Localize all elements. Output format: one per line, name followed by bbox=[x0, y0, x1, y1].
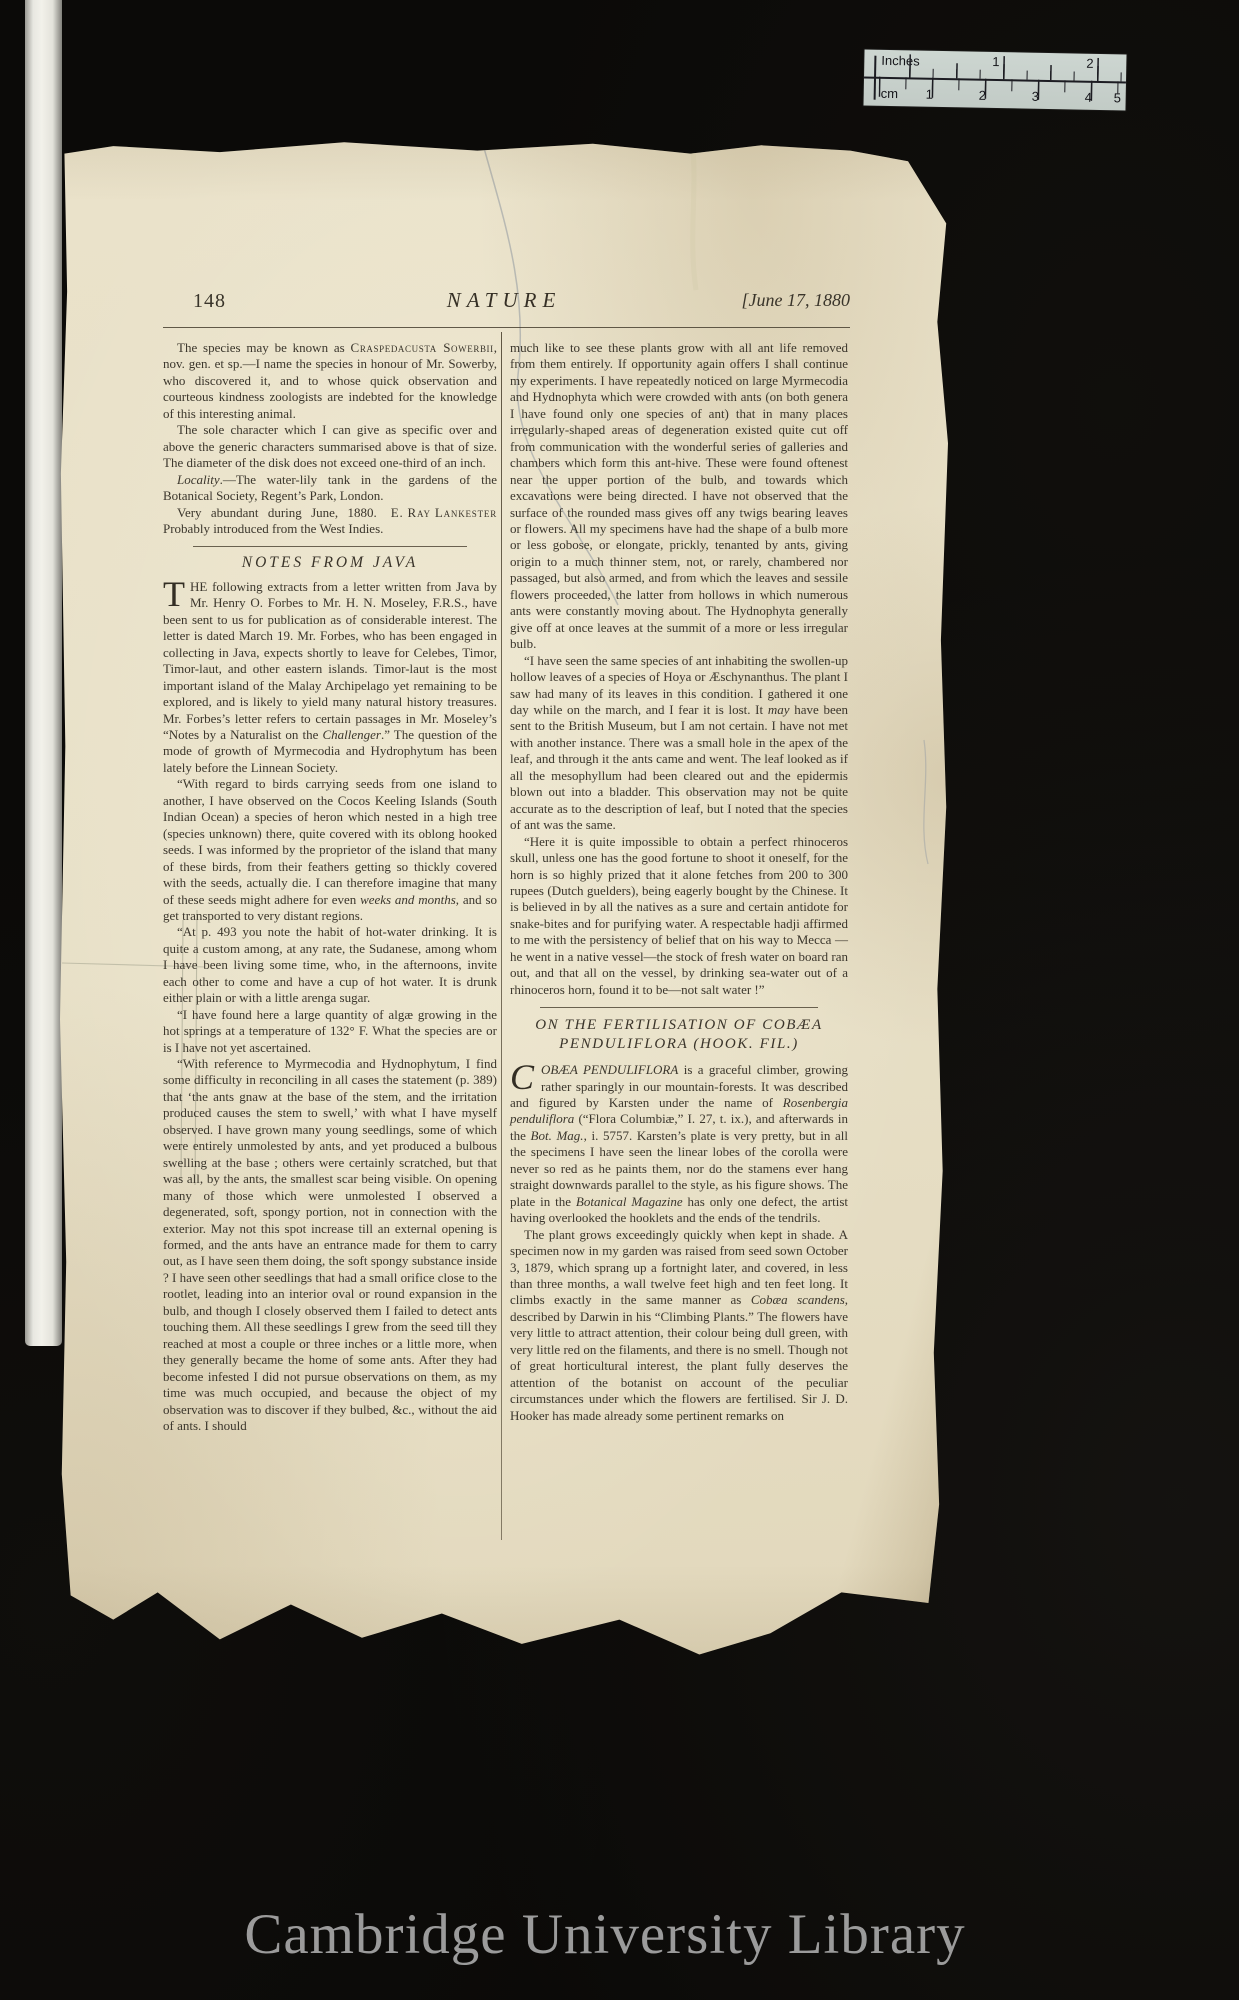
section-rule bbox=[193, 546, 467, 547]
paragraph: “Here it is quite impossible to obtain a… bbox=[510, 834, 848, 999]
paragraph: The plant grows exceedingly quickly when… bbox=[510, 1227, 848, 1424]
paragraph: THE following extracts from a letter wri… bbox=[163, 579, 497, 776]
ruler-cm-number: 1 bbox=[926, 87, 934, 102]
ruler-inch-number: 1 bbox=[992, 54, 1000, 69]
measurement-ruler: Inches cm 1 2 1 2 3 4 5 bbox=[863, 49, 1126, 110]
section-heading: NOTES FROM JAVA bbox=[163, 555, 497, 571]
drop-cap: C bbox=[510, 1062, 541, 1092]
journal-page: 148 NATURE [June 17, 1880 The species ma… bbox=[60, 140, 948, 1656]
paragraph: “I have seen the same species of ant inh… bbox=[510, 653, 848, 834]
ruler-cm-number: 3 bbox=[1032, 89, 1040, 104]
paragraph: “At p. 493 you note the habit of hot-wat… bbox=[163, 924, 497, 1006]
paragraph: “With regard to birds carrying seeds fro… bbox=[163, 776, 497, 924]
header-rule bbox=[163, 327, 850, 328]
paragraph: “With reference to Myrmecodia and Hydnop… bbox=[163, 1056, 497, 1434]
paragraph-text: Very abundant during June, 1880. Probabl… bbox=[163, 505, 383, 536]
right-column: much like to see these plants grow with … bbox=[510, 340, 848, 1424]
paragraph: The species may be known as Craspedacust… bbox=[163, 340, 497, 422]
ruler-cm-number: 4 bbox=[1085, 90, 1093, 105]
section-rule bbox=[540, 1007, 817, 1008]
paragraph: COBÆA PENDULIFLORA is a graceful climber… bbox=[510, 1062, 848, 1227]
paragraph: much like to see these plants grow with … bbox=[510, 340, 848, 653]
left-column: The species may be known as Craspedacust… bbox=[163, 340, 497, 1434]
author-signature: E. Ray Lankester bbox=[377, 505, 497, 521]
ruler-inch-number: 2 bbox=[1086, 56, 1094, 71]
book-spine-edge bbox=[25, 0, 62, 1346]
paragraph-text: HE following extracts from a letter writ… bbox=[163, 579, 497, 775]
drop-cap: T bbox=[163, 579, 190, 609]
paragraph-text: OBÆA PENDULIFLORA is a graceful climber,… bbox=[510, 1062, 848, 1225]
column-divider bbox=[501, 332, 502, 1540]
paragraph: The sole character which I can give as s… bbox=[163, 422, 497, 471]
paragraph-with-signature: E. Ray LankesterVery abundant during Jun… bbox=[163, 505, 497, 538]
library-watermark: Cambridge University Library bbox=[0, 1902, 1210, 1967]
article-heading-line: ON THE FERTILISATION OF COBÆA bbox=[510, 1016, 848, 1035]
ruler-inch-ticks bbox=[909, 50, 1126, 81]
ruler-cm-number: 5 bbox=[1114, 90, 1122, 105]
issue-date: [June 17, 1880 bbox=[742, 290, 850, 311]
ruler-cm-number: 2 bbox=[979, 88, 987, 103]
paragraph: Locality.—The water-lily tank in the gar… bbox=[163, 472, 497, 505]
article-heading-line: PENDULIFLORA (HOOK. FIL.) bbox=[510, 1035, 848, 1054]
paragraph: “I have found here a large quantity of a… bbox=[163, 1007, 497, 1056]
